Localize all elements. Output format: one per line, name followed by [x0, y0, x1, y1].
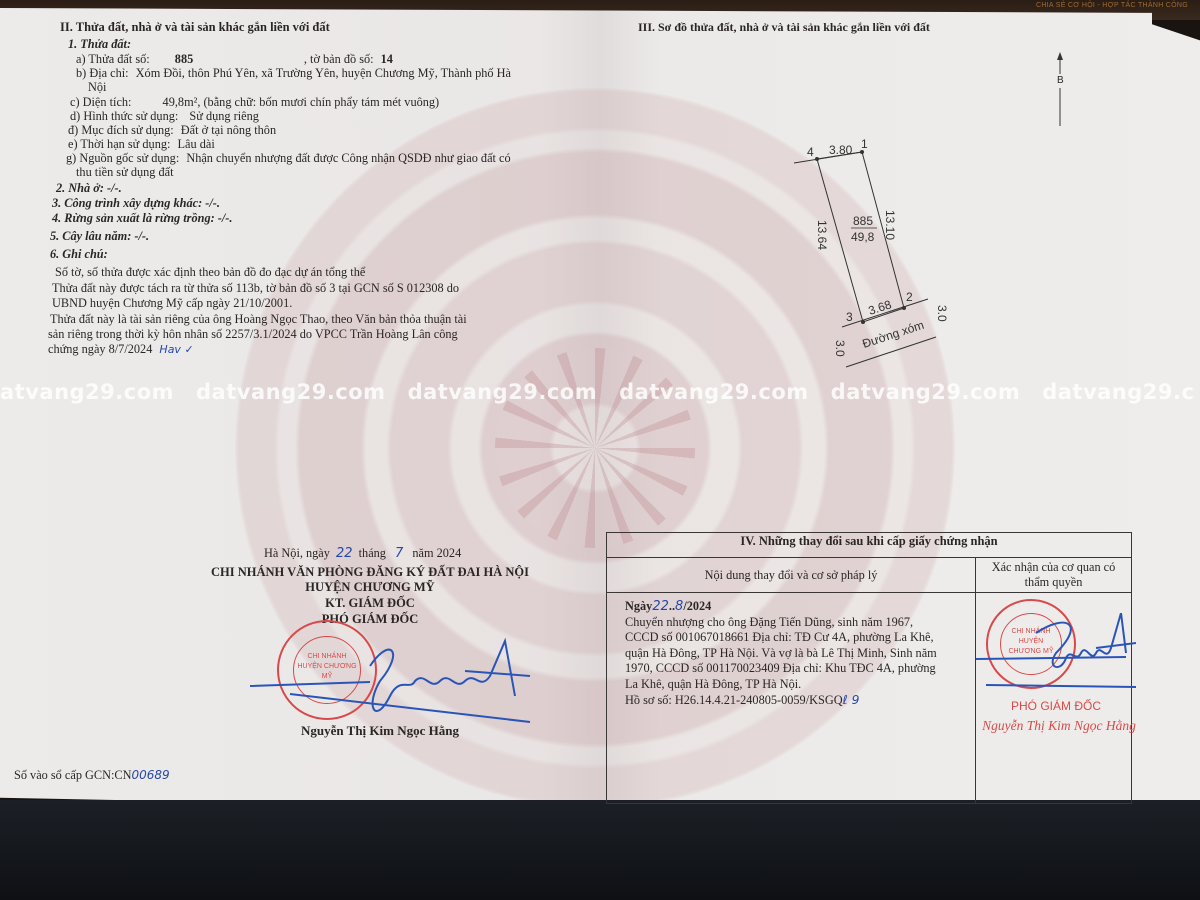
note-line: sản riêng trong thời kỳ hôn nhân số 2257…: [48, 327, 458, 341]
house-row: 2. Nhà ở: -/-.: [56, 181, 122, 195]
purpose-value: Đất ở tại nông thôn: [181, 123, 276, 137]
signature-icon: [250, 636, 540, 726]
svg-text:3.80: 3.80: [829, 143, 853, 157]
north-label: B: [1057, 74, 1064, 88]
register-number: Số vào sổ cấp GCN:CN00689: [14, 768, 170, 782]
entry-line: La Khê, quận Hà Đông, TP Hà Nội.: [625, 677, 963, 693]
parcel-label: a) Thửa đất số:: [76, 52, 150, 66]
entry-date-prefix: Ngày: [625, 599, 652, 613]
site-tagline: CHIA SẺ CƠ HỘI - HỢP TÁC THÀNH CÔNG: [1036, 2, 1188, 9]
other-works-row: 3. Công trình xây dựng khác: -/-.: [52, 196, 220, 210]
file-number-row: Hồ sơ số: H26.14.4.21-240805-0059/KSGQℓ …: [625, 693, 963, 709]
office-name: CHI NHÁNH VĂN PHÒNG ĐĂNG KÝ ĐẤT ĐAI HÀ N…: [170, 565, 570, 579]
sign-month: 7: [395, 546, 403, 561]
land-heading: 1. Thửa đất:: [68, 37, 131, 51]
year-label: năm 2024: [412, 546, 461, 560]
perennial-row: 5. Cây lâu năm: -/-.: [50, 229, 149, 243]
site-watermark: atvang29.comdatvang29.comdatvang29.comda…: [0, 380, 1200, 404]
note-text: chứng ngày 8/7/2024: [48, 342, 152, 356]
entry-line: Chuyển nhượng cho ông Đặng Tiến Dũng, si…: [625, 615, 963, 631]
change-entry: Ngày22..8/2024 Chuyển nhượng cho ông Đặn…: [607, 593, 976, 804]
svg-text:13.10: 13.10: [883, 210, 897, 240]
map-sheet-number: 14: [381, 52, 393, 66]
map-sheet-label: , tờ bản đồ số:: [304, 52, 374, 66]
watermark-text: datvang29.com: [619, 380, 809, 404]
changes-table: IV. Những thay đổi sau khi cấp giấy chứn…: [606, 532, 1132, 804]
confirm-title: PHÓ GIÁM ĐỐC: [976, 699, 1136, 714]
entry-day: 22: [652, 599, 669, 614]
watermark-text: datvang29.com: [831, 380, 1021, 404]
watermark-text: atvang29.com: [0, 380, 174, 404]
parcel-number: 885: [175, 52, 265, 66]
area-row: c) Diện tích: 49,8m², (bằng chữ: bốn mươ…: [70, 95, 439, 109]
svg-text:3: 3: [846, 310, 853, 324]
purpose-label: đ) Mục đích sử dụng:: [68, 123, 174, 137]
origin-row: g) Nguồn gốc sử dụng: Nhận chuyển nhượng…: [66, 151, 511, 165]
entry-date: Ngày22..8/2024: [625, 599, 963, 615]
col-header-content: Nội dung thay đổi và cơ sở pháp lý: [607, 558, 976, 593]
sign-day: 22: [336, 546, 353, 561]
col-header-confirm: Xác nhận của cơ quan có thẩm quyền: [976, 558, 1132, 593]
place-date: Hà Nội, ngày 22 tháng 7 năm 2024: [264, 546, 461, 561]
register-value: 00689: [132, 768, 170, 782]
entry-year: /2024: [683, 599, 711, 613]
svg-text:885: 885: [853, 214, 873, 228]
address-value: Xóm Đồi, thôn Phú Yên, xã Trường Yên, hu…: [136, 66, 511, 80]
signer-name: Nguyễn Thị Kim Ngọc Hằng: [270, 724, 490, 738]
svg-text:13.64: 13.64: [815, 220, 829, 250]
address-label: b) Địa chỉ:: [76, 66, 129, 80]
north-arrow-icon: [1050, 50, 1070, 130]
svg-text:3.68: 3.68: [867, 297, 894, 318]
parcel-row: a) Thửa đất số: 885 , tờ bản đồ số: 14: [76, 52, 393, 66]
use-form-label: d) Hình thức sử dụng:: [70, 109, 178, 123]
drum-star-pattern: [495, 348, 695, 548]
area-label: c) Diện tích:: [70, 95, 131, 109]
place-date-prefix: Hà Nội, ngày: [264, 546, 330, 560]
svg-text:Đường xóm: Đường xóm: [861, 318, 926, 351]
term-label: e) Thời hạn sử dụng:: [68, 137, 170, 151]
svg-text:3.0: 3.0: [833, 340, 847, 357]
svg-text:49,8: 49,8: [851, 230, 875, 244]
origin-value-cont: thu tiền sử dụng đất: [76, 165, 174, 179]
watermark-text: datvang29.com: [196, 380, 386, 404]
entry-line: quận Hà Đông, TP Hà Nội. Và vợ là bà Lê …: [625, 646, 963, 662]
notes-heading: 6. Ghi chú:: [50, 247, 108, 261]
address-value-cont: Nội: [88, 80, 106, 94]
month-label: tháng: [359, 546, 386, 560]
watermark-text: datvang29.com: [408, 380, 598, 404]
note-line: Thửa đất này là tài sản riêng của ông Ho…: [50, 312, 467, 326]
svg-text:3.0: 3.0: [935, 305, 949, 322]
section-4-title: IV. Những thay đổi sau khi cấp giấy chứn…: [607, 533, 1132, 558]
office-district: HUYỆN CHƯƠNG MỸ: [170, 580, 570, 594]
signer-capacity: KT. GIÁM ĐỐC: [170, 596, 570, 610]
svg-text:1: 1: [861, 137, 868, 151]
forest-row: 4. Rừng sản xuất là rừng trồng: -/-.: [52, 211, 232, 225]
confirmation-signature-icon: [976, 613, 1136, 693]
note-line: Số tờ, số thửa được xác định theo bản đồ…: [55, 265, 365, 279]
watermark-text: datvang29.c: [1042, 380, 1194, 404]
use-form-row: d) Hình thức sử dụng: Sử dụng riêng: [70, 109, 259, 123]
entry-line: CCCD số 001067018661 Địa chỉ: TĐ Cư 4A, …: [625, 630, 963, 646]
register-label: Số vào sổ cấp GCN:CN: [14, 768, 132, 782]
file-initials: ℓ 9: [843, 693, 860, 707]
section-3-title: III. Sơ đồ thửa đất, nhà ở và tài sản kh…: [638, 20, 930, 34]
note-line: chứng ngày 8/7/2024 Hav ✓: [48, 342, 194, 357]
background-bottom: [0, 800, 1200, 900]
origin-label: g) Nguồn gốc sử dụng:: [66, 151, 179, 165]
land-plot-diagram: 41233.803.6813.1013.6488549,8Đường xóm3.…: [780, 130, 980, 380]
note-line: UBND huyện Chương Mỹ cấp ngày 21/10/2001…: [52, 296, 292, 310]
origin-value: Nhận chuyển nhượng đất được Công nhận QS…: [186, 151, 510, 165]
area-value: 49,8m², (bằng chữ: bốn mươi chín phẩy tá…: [163, 95, 440, 109]
notes-initials: Hav ✓: [159, 343, 193, 356]
svg-text:4: 4: [807, 145, 814, 159]
signer-title: PHÓ GIÁM ĐỐC: [170, 612, 570, 626]
use-form-value: Sử dụng riêng: [189, 109, 259, 123]
term-row: e) Thời hạn sử dụng: Lâu dài: [68, 137, 215, 151]
purpose-row: đ) Mục đích sử dụng: Đất ở tại nông thôn: [68, 123, 276, 137]
confirmation-cell: CHI NHÁNH HUYỆN CHƯƠNG MỸ PHÓ GIÁM ĐỐC N…: [976, 593, 1132, 804]
address-row: b) Địa chỉ: Xóm Đồi, thôn Phú Yên, xã Tr…: [76, 66, 511, 80]
note-line: Thửa đất này được tách ra từ thửa số 113…: [52, 281, 459, 295]
confirm-signer: Nguyễn Thị Kim Ngọc Hằng: [976, 719, 1142, 734]
svg-text:2: 2: [906, 290, 913, 304]
section-2-title: II. Thửa đất, nhà ở và tài sản khác gắn …: [60, 20, 330, 34]
term-value: Lâu dài: [178, 137, 215, 151]
entry-line: 1970, CCCD số 001170023409 Địa chỉ: Khu …: [625, 661, 963, 677]
file-number: Hồ sơ số: H26.14.4.21-240805-0059/KSGQ: [625, 693, 843, 707]
